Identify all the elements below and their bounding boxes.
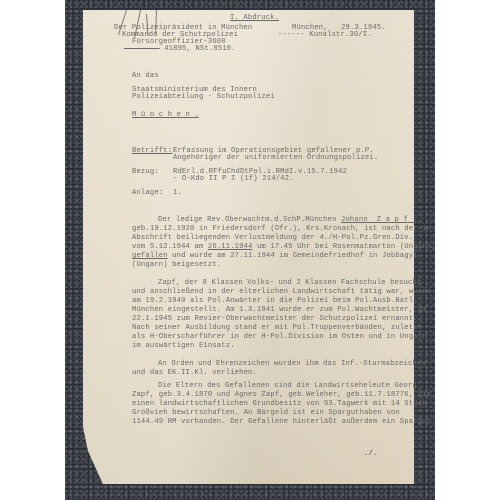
body-line-11: 22.1.1945 zum Revier-Oberwachtmeister de… bbox=[132, 315, 418, 323]
body-line-17: Die Eltern des Gefallenen sind die Landw… bbox=[158, 382, 417, 390]
death-date: 26.11.1944 bbox=[208, 243, 253, 251]
body-line-9: am 19.2.1940 als Pol.Anwärter in die Pol… bbox=[132, 297, 418, 305]
body-line-13: als H-Oberscharführer in der H-Pol.Divis… bbox=[132, 333, 427, 341]
sender-ref: 41895, NSt.8510. bbox=[164, 45, 235, 53]
subject-line-2: Angehöriger der uniformierten Ordnungspo… bbox=[173, 154, 378, 162]
body-line-7: Zapf, der 8 Klassen Volks- und 2 Klassen… bbox=[158, 279, 421, 287]
subject-label: Betrifft: bbox=[132, 147, 172, 155]
body-text: um 17.45 Uhr bei Rosenmatmarton (Ungarn) bbox=[253, 243, 436, 251]
body-line-16: und das EK.II.Kl. verliehen. bbox=[132, 369, 257, 377]
address-ref-text: Kunalstr.30/I. bbox=[309, 31, 372, 39]
sender-line-4: 41895, NSt.8510. bbox=[124, 45, 236, 53]
body-line-8: und anschließend in der elterlichen Land… bbox=[132, 288, 431, 296]
fallen-word: gefallen bbox=[132, 252, 168, 260]
body-line-4: vom 5.12.1944 am 26.11.1944 um 17.45 Uhr… bbox=[132, 243, 436, 251]
body-text: und wurde am 27.11.1944 im Gemeindefried… bbox=[168, 252, 418, 260]
deceased-name: Johann Z a p f . bbox=[341, 216, 417, 224]
body-line-10: München eingestellt. Am 1.3.1941 wurde e… bbox=[132, 306, 427, 314]
body-line-2: geb.19.12.1920 in Friedersdorf (Ofr.), K… bbox=[132, 225, 431, 233]
continuation-mark: ./. bbox=[364, 450, 377, 458]
body-line-14: im auswärtigen Einsatz. bbox=[132, 342, 235, 350]
recipient-salutation: An das bbox=[132, 72, 159, 80]
body-line-20: Großvieh bewirtschaften. An Bargeld ist … bbox=[132, 409, 400, 417]
body-line-3: Abschrift beiliegenden Verlustmeldung de… bbox=[132, 234, 413, 242]
body-line-5: gefallen und wurde am 27.11.1944 im Geme… bbox=[132, 252, 418, 260]
copy-label: I. Abdruck. bbox=[230, 14, 279, 22]
body-line-1: Der ledige Rev.Oberwachtm.d.SchP.München… bbox=[158, 216, 417, 224]
attachments-label: Anlage: bbox=[132, 189, 163, 197]
body-line-15: An Orden und Ehrenzeichen wurden ihm das… bbox=[158, 360, 426, 368]
recipient-city: M ü n c h e n . bbox=[132, 111, 199, 119]
body-line-6: (Ungarn) beigesetzt. bbox=[132, 261, 221, 269]
body-line-19: einen landwirtschaftlichen Grundbesitz v… bbox=[132, 400, 427, 408]
address-ref: ------ Kunalstr.30/I. bbox=[278, 31, 372, 39]
body-text: vom 5.12.1944 am bbox=[132, 243, 203, 251]
body-line-18: Zapf, geb.3.4.1870 und Agnes Zapf, geb.W… bbox=[132, 391, 431, 399]
reference-line-2: - O-Kdo II P I (1f) 214/42. bbox=[173, 175, 294, 183]
attachments-value: 1. bbox=[173, 189, 182, 197]
body-text: Der ledige Rev.Oberwachtm.d.SchP.München bbox=[158, 216, 337, 224]
recipient-line-2: Polizeiabteilung - Schutzpolizei bbox=[132, 93, 275, 101]
reference-label: Bezug: bbox=[132, 168, 159, 176]
body-line-21: 1144.49 RM vorhanden. Der Gefallene hint… bbox=[132, 418, 436, 426]
body-line-12: Nach seiner Ausbildung stand er mit Pol.… bbox=[132, 324, 422, 332]
